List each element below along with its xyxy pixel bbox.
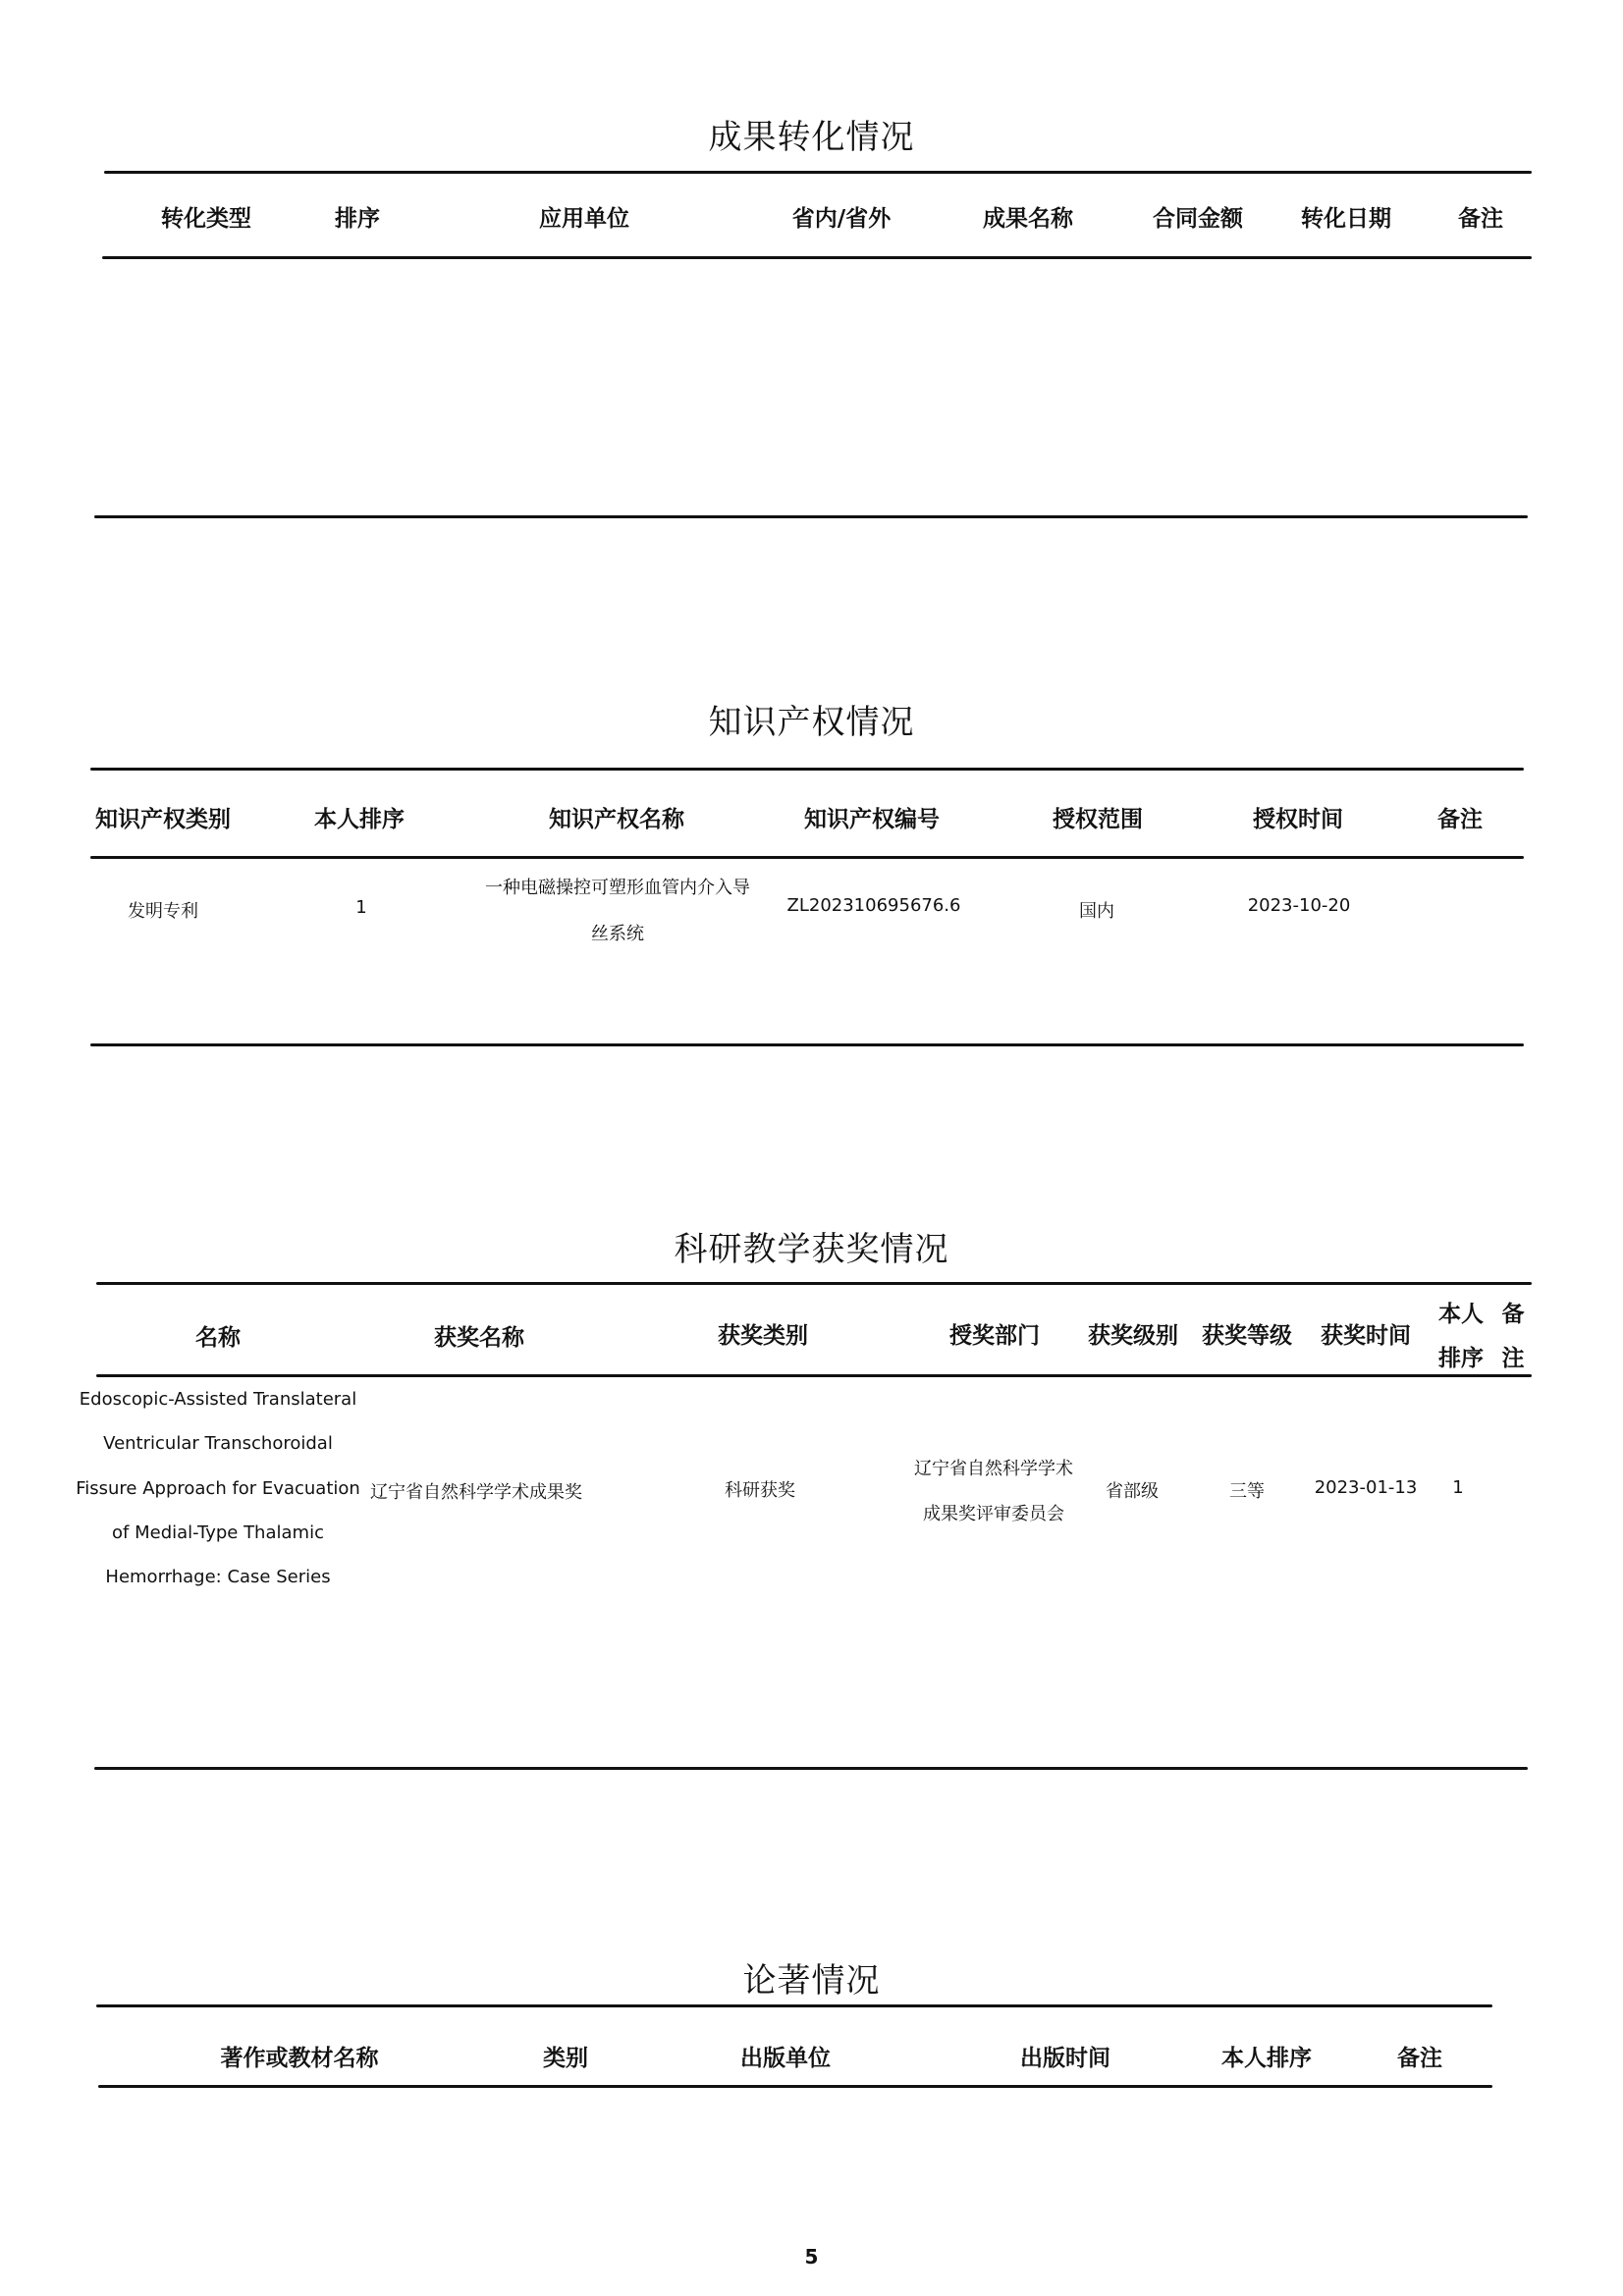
cell-award-date: 2023-01-13 — [1315, 1477, 1418, 1498]
cell-ip-category: 发明专利 — [128, 897, 198, 923]
header-grant-scope: 授权范围 — [1053, 801, 1143, 833]
header-achievement-name: 成果名称 — [983, 200, 1073, 233]
header-award-level: 获奖级别 — [1088, 1317, 1178, 1350]
page-number: 5 — [0, 2245, 1623, 2269]
header-rank: 排序 — [335, 200, 380, 233]
section-title: 科研教学获奖情况 — [0, 1222, 1623, 1270]
header-contract-amount: 合同金额 — [1153, 200, 1243, 233]
table-header-rule — [90, 856, 1524, 859]
cell-ip-number: ZL202310695676.6 — [787, 895, 961, 916]
cell-grantor-line1: 辽宁省自然科学学术 — [914, 1455, 1073, 1480]
header-book-name: 著作或教材名称 — [221, 2040, 379, 2072]
table-top-rule — [96, 2004, 1492, 2007]
header-award-type: 获奖类别 — [718, 1317, 808, 1350]
table-bottom-rule — [90, 1043, 1524, 1046]
cell-grant-scope: 国内 — [1079, 897, 1114, 923]
section-title: 知识产权情况 — [0, 695, 1623, 743]
header-award-date: 获奖时间 — [1321, 1317, 1411, 1350]
header-award-name: 获奖名称 — [434, 1319, 524, 1352]
cell-ip-name-line2: 丝系统 — [591, 920, 644, 945]
header-grantor: 授奖部门 — [949, 1317, 1040, 1350]
cell-award-name: 辽宁省自然科学学术成果奖 — [370, 1478, 582, 1504]
header-category: 类别 — [543, 2040, 588, 2072]
header-publisher: 出版单位 — [740, 2040, 831, 2072]
header-grant-date: 授权时间 — [1253, 801, 1343, 833]
cell-own-rank: 1 — [1452, 1477, 1463, 1498]
header-transfer-date: 转化日期 — [1301, 200, 1391, 233]
table-top-rule — [96, 1282, 1532, 1285]
header-own-rank: 本人排序 — [1221, 2040, 1312, 2072]
cell-ip-name-line1: 一种电磁操控可塑形血管内介入导 — [485, 874, 750, 899]
table-top-rule — [90, 768, 1524, 771]
section-title: 成果转化情况 — [0, 110, 1623, 158]
table-header-rule — [102, 256, 1532, 259]
header-name: 名称 — [195, 1319, 241, 1352]
header-award-grade: 获奖等级 — [1202, 1317, 1292, 1350]
cell-name-line5: Hemorrhage: Case Series — [105, 1567, 330, 1587]
cell-name-line4: of Medial-Type Thalamic — [112, 1522, 324, 1543]
header-applying-unit: 应用单位 — [539, 200, 629, 233]
cell-grantor-line2: 成果奖评审委员会 — [923, 1500, 1064, 1525]
header-remark-line1: 备 — [1502, 1296, 1525, 1328]
header-ip-category: 知识产权类别 — [95, 801, 231, 833]
table-bottom-rule — [94, 515, 1528, 518]
header-own-rank-line1: 本人 — [1438, 1296, 1484, 1328]
header-ip-number: 知识产权编号 — [804, 801, 940, 833]
cell-award-grade: 三等 — [1229, 1477, 1265, 1503]
header-own-rank-line2: 排序 — [1438, 1340, 1484, 1372]
header-remark-line2: 注 — [1502, 1340, 1525, 1372]
section-title: 论著情况 — [0, 1953, 1623, 2002]
cell-name-line3: Fissure Approach for Evacuation — [76, 1478, 360, 1499]
header-own-rank: 本人排序 — [314, 801, 405, 833]
header-transfer-type: 转化类型 — [161, 200, 251, 233]
cell-name-line1: Edoscopic-Assisted Translateral — [80, 1389, 356, 1410]
table-bottom-rule — [94, 1767, 1528, 1770]
cell-grant-date: 2023-10-20 — [1248, 895, 1351, 916]
header-ip-name: 知识产权名称 — [549, 801, 684, 833]
table-header-rule — [96, 1374, 1532, 1377]
header-remark: 备注 — [1458, 200, 1503, 233]
header-publish-date: 出版时间 — [1020, 2040, 1110, 2072]
table-top-rule — [104, 171, 1532, 174]
table-header-rule — [98, 2085, 1492, 2088]
cell-name-line2: Ventricular Transchoroidal — [103, 1433, 333, 1454]
cell-award-type: 科研获奖 — [725, 1476, 795, 1502]
header-remark: 备注 — [1397, 2040, 1442, 2072]
header-remark: 备注 — [1437, 801, 1483, 833]
cell-award-level: 省部级 — [1106, 1477, 1159, 1503]
cell-own-rank: 1 — [355, 897, 366, 918]
header-province-scope: 省内/省外 — [792, 200, 891, 233]
